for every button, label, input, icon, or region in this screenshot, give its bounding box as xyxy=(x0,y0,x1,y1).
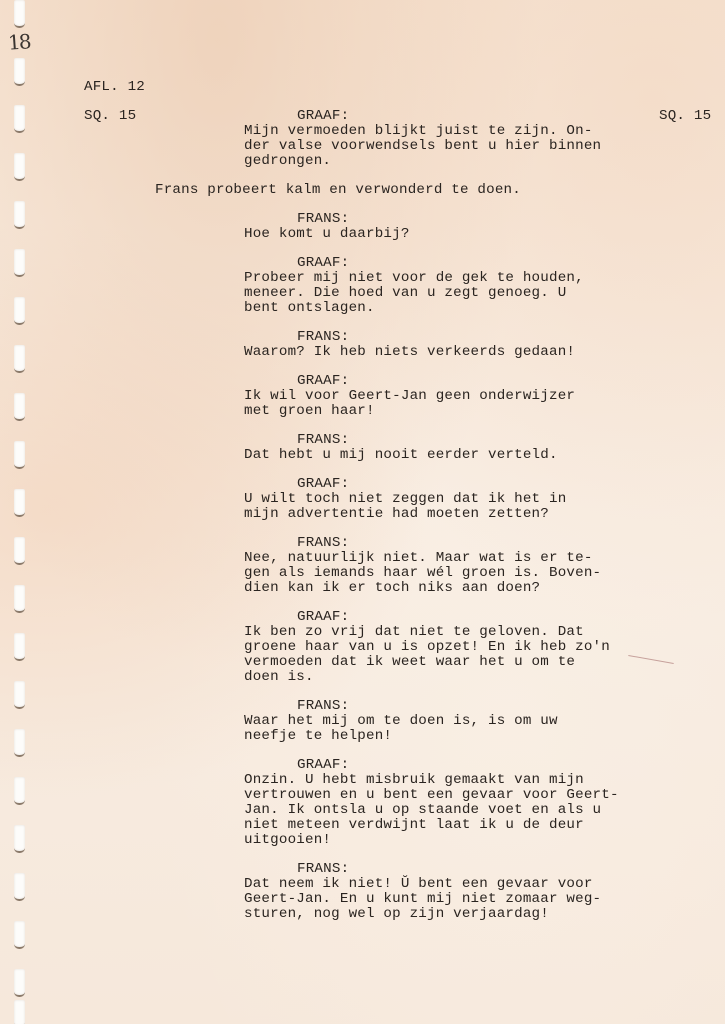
dialog-line: Nee, natuurlijk niet. Maar wat is er te- xyxy=(244,551,593,566)
dialog-line: der valse voorwendsels bent u hier binne… xyxy=(244,139,601,154)
dialog-line: gedrongen. xyxy=(244,154,331,169)
pencil-mark xyxy=(628,655,673,664)
binder-hole xyxy=(14,0,25,28)
dialog-line: gen als iemands haar wél groen is. Boven… xyxy=(244,566,601,581)
speaker-name: GRAAF: xyxy=(297,610,349,625)
dialog-line: Jan. Ik ontsla u op staande voet en als … xyxy=(244,803,601,818)
speaker-name: GRAAF: xyxy=(297,374,349,389)
speaker-name: GRAAF: xyxy=(297,477,349,492)
binder-hole xyxy=(14,585,25,613)
binder-hole xyxy=(14,633,25,661)
binder-hole xyxy=(14,681,25,709)
handwritten-page-number: 18 xyxy=(7,29,30,54)
sequence-label-right: SQ. 15 xyxy=(659,109,711,124)
sequence-label-left: SQ. 15 xyxy=(84,109,136,124)
dialog-line: neefje te helpen! xyxy=(244,729,392,744)
dialog-line: Waar het mij om te doen is, is om uw xyxy=(244,714,558,729)
speaker-name: FRANS: xyxy=(297,862,349,877)
binder-hole xyxy=(14,489,25,517)
binder-hole xyxy=(14,393,25,421)
dialog-line: uitgooien! xyxy=(244,833,331,848)
speaker-name: FRANS: xyxy=(297,330,349,345)
binder-hole xyxy=(14,345,25,373)
dialog-line: bent ontslagen. xyxy=(244,301,375,316)
dialog-line: Waarom? Ik heb niets verkeerds gedaan! xyxy=(244,345,575,360)
dialog-line: dien kan ik er toch niks aan doen? xyxy=(244,581,540,596)
dialog-line: Ik wil voor Geert-Jan geen onderwijzer xyxy=(244,389,575,404)
binder-hole xyxy=(14,201,25,229)
binder-hole xyxy=(14,537,25,565)
speaker-name: FRANS: xyxy=(297,699,349,714)
dialog-line: Ik ben zo vrij dat niet te geloven. Dat xyxy=(244,625,584,640)
dialog-line: met groen haar! xyxy=(244,404,375,419)
speaker-name: FRANS: xyxy=(297,212,349,227)
speaker-name: GRAAF: xyxy=(297,109,349,124)
dialog-line: U wilt toch niet zeggen dat ik het in xyxy=(244,492,566,507)
dialog-line: Onzin. U hebt misbruik gemaakt van mijn xyxy=(244,773,584,788)
action-line: Frans probeert kalm en verwonderd te doe… xyxy=(155,183,521,198)
binder-hole xyxy=(14,777,25,805)
dialog-line: meneer. Die hoed van u zegt genoeg. U xyxy=(244,286,566,301)
dialog-line: sturen, nog wel op zijn verjaardag! xyxy=(244,907,549,922)
binder-hole xyxy=(14,105,25,133)
dialog-line: Mijn vermoeden blijkt juist te zijn. On- xyxy=(244,124,593,139)
binder-hole xyxy=(14,1000,25,1024)
binder-hole xyxy=(14,873,25,901)
binder-hole xyxy=(14,153,25,181)
dialog-line: groene haar van u is opzet! En ik heb zo… xyxy=(244,640,610,655)
binder-hole xyxy=(14,58,25,86)
binder-holes xyxy=(14,0,30,1024)
binder-hole xyxy=(14,441,25,469)
speaker-name: FRANS: xyxy=(297,433,349,448)
binder-hole xyxy=(14,249,25,277)
episode-label: AFL. 12 xyxy=(84,80,145,95)
binder-hole xyxy=(14,969,25,997)
dialog-line: mijn advertentie had moeten zetten? xyxy=(244,507,549,522)
dialog-line: Dat neem ik niet! Ŭ bent een gevaar voor xyxy=(244,877,593,892)
dialog-line: doen is. xyxy=(244,670,314,685)
dialog-line: Probeer mij niet voor de gek te houden, xyxy=(244,271,584,286)
dialog-line: Geert-Jan. En u kunt mij niet zomaar weg… xyxy=(244,892,601,907)
dialog-line: niet meteen verdwijnt laat ik u de deur xyxy=(244,818,584,833)
binder-hole xyxy=(14,921,25,949)
binder-hole xyxy=(14,729,25,757)
speaker-name: FRANS: xyxy=(297,536,349,551)
dialog-line: Dat hebt u mij nooit eerder verteld. xyxy=(244,448,558,463)
speaker-name: GRAAF: xyxy=(297,758,349,773)
dialog-line: vertrouwen en u bent een gevaar voor Gee… xyxy=(244,788,619,803)
dialog-line: Hoe komt u daarbij? xyxy=(244,227,410,242)
binder-hole xyxy=(14,825,25,853)
dialog-line: vermoeden dat ik weet waar het u om te xyxy=(244,655,575,670)
speaker-name: GRAAF: xyxy=(297,256,349,271)
binder-hole xyxy=(14,297,25,325)
